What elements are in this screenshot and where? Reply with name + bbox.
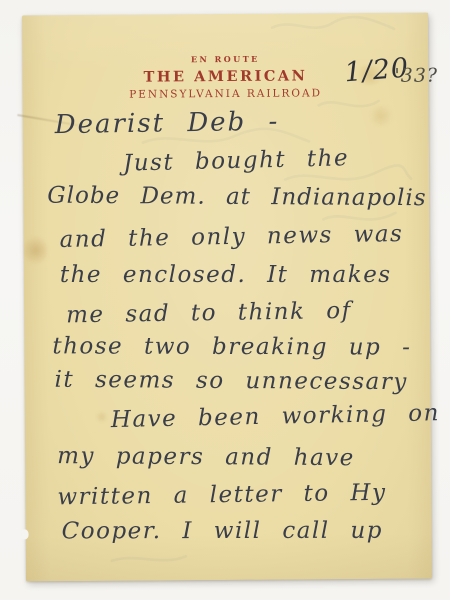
handwritten-line: it seems so unnecessary [55,369,408,394]
salutation-line: Dearist Deb - [55,109,280,139]
handwritten-line: written a letter to Hy [57,482,386,510]
handwritten-line: Cooper. I will call up [62,520,383,544]
handwritten-line: me sad to think of [66,300,352,327]
handwritten-line: Just bought the [123,147,350,176]
letter-sheet: EN ROUTE THE AMERICAN PENNSYLVANIA RAILR… [22,13,432,582]
handwritten-line: the enclosed. It makes [60,264,392,287]
foxing-stain [24,233,48,267]
handwritten-line: and the only news was [59,223,403,252]
handwritten-line: my papers and have [57,445,355,470]
handwritten-line: those two breaking up - [52,335,411,359]
foxing-stain [95,411,109,423]
date-annotation: '33? [394,65,438,87]
letterhead-subtitle: PENNSYLVANIA RAILROAD [23,87,429,102]
foxing-stain [367,105,395,127]
deckle-edge-nick [22,529,29,539]
handwritten-line: Globe Dem. at Indianapolis [47,185,426,211]
scanned-letter-page: EN ROUTE THE AMERICAN PENNSYLVANIA RAILR… [0,0,450,600]
handwritten-line: Have been working on [111,402,441,432]
